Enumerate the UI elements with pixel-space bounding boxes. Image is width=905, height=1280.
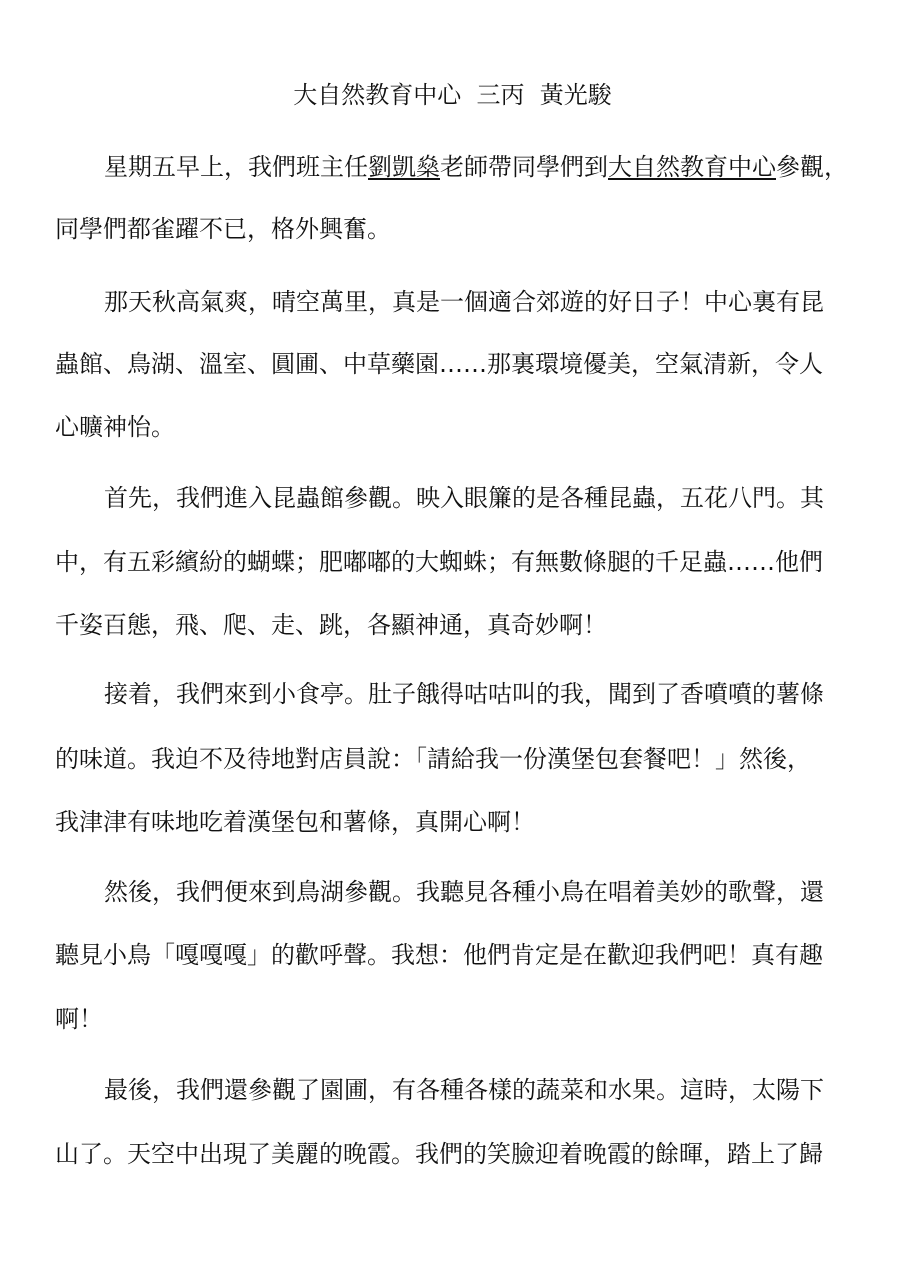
paragraph-6-line-1: 最後，我們還參觀了園圃，有各種各樣的蔬菜和水果。這時，太陽下 xyxy=(104,1073,824,1107)
document-page: 大自然教育中心 三丙 黃光駿 星期五早上，我們班主任劉凱燊老師帶同學們到大自然教… xyxy=(0,0,905,1280)
text-segment: 參觀， xyxy=(776,153,848,181)
paragraph-2-line-1: 那天秋高氣爽，晴空萬里，真是一個適合郊遊的好日子！中心裏有昆 xyxy=(104,285,824,319)
place-name-underlined: 大自然教育中心 xyxy=(608,153,776,181)
paragraph-5-line-1: 然後，我們便來到鳥湖參觀。我聽見各種小鳥在唱着美妙的歌聲，還 xyxy=(104,875,824,909)
paragraph-3-line-1: 首先，我們進入昆蟲館參觀。映入眼簾的是各種昆蟲，五花八門。其 xyxy=(104,481,824,515)
paragraph-5-line-3: 啊！ xyxy=(55,1002,103,1036)
paragraph-3-line-2: 中，有五彩繽紛的蝴蝶；肥嘟嘟的大蜘蛛；有無數條腿的千足蟲……他們 xyxy=(55,545,823,579)
paragraph-4-line-1: 接着，我們來到小食亭。肚子餓得咕咕叫的我，聞到了香噴噴的薯條 xyxy=(104,677,824,711)
paragraph-2-line-3: 心曠神怡。 xyxy=(55,410,175,444)
paragraph-4-line-3: 我津津有味地吃着漢堡包和薯條，真開心啊！ xyxy=(55,805,535,839)
paragraph-2-line-2: 蟲館、鳥湖、溫室、圓圃、中草藥園……那裏環境優美，空氣清新，令人 xyxy=(55,347,823,381)
paragraph-4-line-2: 的味道。我迫不及待地對店員說：「請給我一份漢堡包套餐吧！」然後， xyxy=(55,742,811,776)
paragraph-1-line-1: 星期五早上，我們班主任劉凱燊老師帶同學們到大自然教育中心參觀， xyxy=(104,150,848,184)
teacher-name-underlined: 劉凱燊 xyxy=(368,153,440,181)
text-segment: 星期五早上，我們班主任 xyxy=(104,153,368,181)
paragraph-5-line-2: 聽見小鳥「嘎嘎嘎」的歡呼聲。我想：他們肯定是在歡迎我們吧！真有趣 xyxy=(55,938,823,972)
paragraph-1-line-2: 同學們都雀躍不已，格外興奮。 xyxy=(55,212,391,246)
document-title: 大自然教育中心 三丙 黃光駿 xyxy=(0,78,905,112)
paragraph-6-line-2: 山了。天空中出現了美麗的晚霞。我們的笑臉迎着晚霞的餘暉，踏上了歸 xyxy=(55,1137,823,1171)
text-segment: 老師帶同學們到 xyxy=(440,153,608,181)
paragraph-3-line-3: 千姿百態，飛、爬、走、跳，各顯神通，真奇妙啊！ xyxy=(55,608,607,642)
